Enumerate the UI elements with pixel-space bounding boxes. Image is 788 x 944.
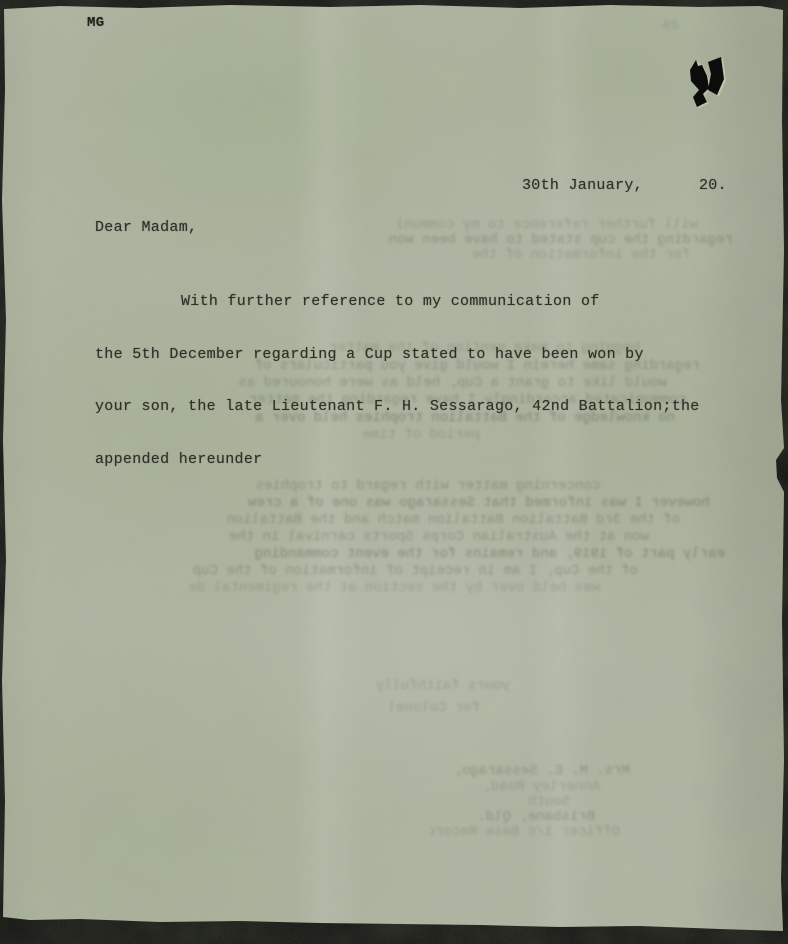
- ghost-line: Brisbane, Qld.: [455, 809, 595, 825]
- body-line: appended hereunder: [95, 451, 720, 469]
- corner-smudge: 45: [662, 18, 680, 33]
- ghost-line: no knowledge of the Battalion trophies h…: [120, 410, 675, 426]
- ghost-line: will further reference to my communicati…: [398, 217, 698, 233]
- body-line: With further reference to my communicati…: [95, 293, 720, 311]
- ghost-line: of the 3rd Battalion Battalion match and…: [110, 512, 680, 528]
- ghost-line: however I was informed that Sessarago wa…: [95, 495, 710, 511]
- registry-initials: MG: [87, 15, 104, 33]
- date-year-suffix: 20.: [699, 177, 727, 195]
- ghost-line: concerning matter with regard to trophie…: [200, 478, 600, 494]
- scanned-letter-page: 45 MG 30th January, 20. Dear Madam, With…: [0, 0, 788, 944]
- ghost-line: regarding the cup stated to have been wo…: [388, 232, 733, 248]
- ghost-line: for Colonel: [390, 700, 480, 716]
- ghost-line: Officer i/c Base Records: [430, 824, 620, 840]
- ghost-line: of the Cup, I am in receipt of informati…: [118, 563, 638, 579]
- ghost-line: South: [500, 794, 570, 810]
- ghost-line: won at the Australian Corps Sports carni…: [104, 529, 649, 545]
- ghost-line: Mrs. M. E. Sessarago,: [450, 763, 630, 779]
- ghost-line: begging to make mention of the matter: [170, 340, 640, 356]
- ghost-line: was held over by the section at the regi…: [190, 580, 600, 596]
- ghost-line: early part of 1919, and remains for the …: [100, 546, 725, 562]
- date-text: 30th January,: [522, 177, 643, 195]
- ghost-line: for the information of the: [420, 247, 690, 263]
- ghost-line: Annerley Road,: [470, 779, 600, 795]
- ghost-line: would like to grant a Cup, held as were …: [112, 375, 667, 391]
- ghost-line: yours faithfully: [340, 678, 510, 694]
- ghost-line: period of time: [330, 427, 480, 443]
- ghost-line: communicated accordingly I have regardin…: [96, 392, 686, 408]
- salutation: Dear Madam,: [95, 219, 197, 237]
- ghost-line: regarding same herein I would give you p…: [100, 358, 700, 374]
